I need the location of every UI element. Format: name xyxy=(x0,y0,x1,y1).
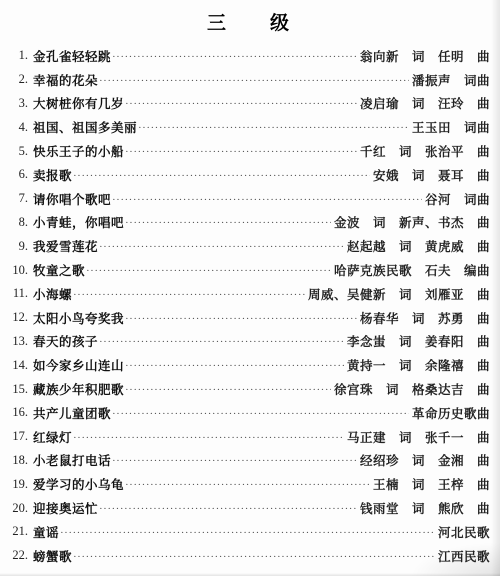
song-credit: 赵起越 词 黄虎威 曲 xyxy=(347,237,492,255)
song-row: 15. 藏族少年积肥歌 徐宫珠 词 格桑达吉 曲 xyxy=(6,377,492,401)
song-title: 小海螺 xyxy=(33,285,72,303)
dotted-leader xyxy=(99,239,344,253)
song-number: 5. xyxy=(6,144,33,159)
song-credit: 潘振声 词曲 xyxy=(412,71,492,89)
song-number: 4. xyxy=(6,120,33,135)
song-credit: 凌启瑜 词 汪玲 曲 xyxy=(360,94,492,112)
song-number: 19. xyxy=(6,477,33,492)
song-title: 共产儿童团歌 xyxy=(33,404,111,422)
song-row: 16. 共产儿童团歌 革命历史歌曲 xyxy=(6,401,492,425)
song-row: 6. 卖报歌 安娥 词 聂耳 曲 xyxy=(6,163,492,187)
dotted-leader xyxy=(99,334,344,348)
song-row: 13. 春天的孩子 李念蚩 词 姜春阳 曲 xyxy=(6,330,492,354)
song-number: 21. xyxy=(6,524,33,539)
song-row: 21. 童谣 河北民歌 xyxy=(6,520,492,544)
song-credit: 黄持一 词 余隆禧 曲 xyxy=(347,356,492,374)
song-credit: 哈萨克族民歌 石夫 编曲 xyxy=(334,261,492,279)
dotted-leader xyxy=(125,311,357,325)
song-credit: 马正建 词 张千一 曲 xyxy=(347,428,492,446)
song-credit: 革命历史歌曲 xyxy=(412,404,492,422)
song-number: 3. xyxy=(6,96,33,111)
dotted-leader xyxy=(125,144,357,158)
song-row: 12. 太阳小鸟夸奖我 杨春华 词 苏勇 曲 xyxy=(6,306,492,330)
song-row: 10. 牧童之歌 哈萨克族民歌 石夫 编曲 xyxy=(6,258,492,282)
song-credit: 经绍珍 词 金湘 曲 xyxy=(360,451,492,469)
song-title: 我爱雪莲花 xyxy=(33,237,98,255)
dotted-leader xyxy=(112,192,422,206)
song-title: 春天的孩子 xyxy=(33,332,98,350)
song-credit: 王楠 词 王梓 曲 xyxy=(373,475,492,493)
song-row: 2. 幸福的花朵 潘振声 词曲 xyxy=(6,68,492,92)
song-number: 16. xyxy=(6,405,33,420)
song-title: 牧童之歌 xyxy=(33,261,85,279)
dotted-leader xyxy=(125,215,331,229)
song-row: 11. 小海螺 周威、吴健新 词 刘雁亚 曲 xyxy=(6,282,492,306)
song-title: 藏族少年积肥歌 xyxy=(33,380,124,398)
dotted-leader xyxy=(99,73,409,87)
song-row: 19. 爱学习的小乌龟 王楠 词 王梓 曲 xyxy=(6,472,492,496)
song-row: 3. 大树桩你有几岁 凌启瑜 词 汪玲 曲 xyxy=(6,92,492,116)
song-number: 17. xyxy=(6,429,33,444)
song-title: 红绿灯 xyxy=(33,428,72,446)
song-number: 2. xyxy=(6,72,33,87)
dotted-leader xyxy=(73,287,305,301)
song-number: 20. xyxy=(6,501,33,516)
dotted-leader xyxy=(125,382,331,396)
song-number: 9. xyxy=(6,239,33,254)
song-row: 7. 请你唱个歌吧 谷河 词曲 xyxy=(6,187,492,211)
song-credit: 王玉田 词曲 xyxy=(412,118,492,136)
song-credit: 李念蚩 词 姜春阳 曲 xyxy=(347,332,492,350)
song-number: 12. xyxy=(6,310,33,325)
song-number: 6. xyxy=(6,167,33,182)
song-title: 太阳小鸟夸奖我 xyxy=(33,309,124,327)
dotted-leader xyxy=(99,501,357,515)
song-number: 10. xyxy=(6,263,33,278)
song-row: 18. 小老鼠打电话 经绍珍 词 金湘 曲 xyxy=(6,449,492,473)
song-credit: 千红 词 张治平 曲 xyxy=(360,142,492,160)
song-title: 螃蟹歌 xyxy=(33,547,72,565)
song-number: 14. xyxy=(6,358,33,373)
song-title: 小老鼠打电话 xyxy=(33,451,111,469)
song-title: 请你唱个歌吧 xyxy=(33,190,111,208)
song-credit: 钱雨堂 词 熊欣 曲 xyxy=(360,499,492,517)
song-row: 4. 祖国、祖国多美丽 王玉田 词曲 xyxy=(6,115,492,139)
song-list: 1. 金孔雀轻轻跳 翁向新 词 任明 曲 2. 幸福的花朵 潘振声 词曲 3. … xyxy=(6,44,492,568)
song-title: 小青蛙，你唱吧 xyxy=(33,213,124,231)
song-number: 15. xyxy=(6,382,33,397)
dotted-leader xyxy=(73,168,370,182)
song-number: 1. xyxy=(6,48,33,63)
dotted-leader xyxy=(125,477,370,491)
page-title: 三 级 xyxy=(6,8,492,35)
dotted-leader xyxy=(138,120,409,134)
dotted-leader xyxy=(112,453,357,467)
song-credit: 江西民歌 xyxy=(438,547,492,565)
song-row: 22. 螃蟹歌 江西民歌 xyxy=(6,544,492,568)
song-title: 童谣 xyxy=(33,523,59,541)
song-title: 爱学习的小乌龟 xyxy=(33,475,124,493)
song-credit: 翁向新 词 任明 曲 xyxy=(360,47,492,65)
song-title: 快乐王子的小船 xyxy=(33,142,124,160)
dotted-leader xyxy=(125,358,344,372)
dotted-leader xyxy=(73,430,344,444)
song-credit: 金波 词 新声、书杰 曲 xyxy=(334,213,492,231)
scan-shadow-right xyxy=(491,0,500,576)
song-number: 22. xyxy=(6,548,33,563)
song-title: 金孔雀轻轻跳 xyxy=(33,47,111,65)
dotted-leader xyxy=(60,525,435,539)
song-credit: 谷河 词曲 xyxy=(425,190,492,208)
song-credit: 周威、吴健新 词 刘雁亚 曲 xyxy=(308,285,492,303)
song-row: 20. 迎接奥运忙 钱雨堂 词 熊欣 曲 xyxy=(6,496,492,520)
dotted-leader xyxy=(125,96,357,110)
song-credit: 徐宫珠 词 格桑达吉 曲 xyxy=(334,380,492,398)
song-number: 11. xyxy=(6,286,33,301)
song-title: 迎接奥运忙 xyxy=(33,499,98,517)
song-title: 幸福的花朵 xyxy=(33,71,98,89)
song-number: 13. xyxy=(6,334,33,349)
song-row: 9. 我爱雪莲花 赵起越 词 黄虎威 曲 xyxy=(6,234,492,258)
song-row: 5. 快乐王子的小船 千红 词 张治平 曲 xyxy=(6,139,492,163)
song-number: 7. xyxy=(6,191,33,206)
song-row: 14. 如今家乡山连山 黄持一 词 余隆禧 曲 xyxy=(6,353,492,377)
dotted-leader xyxy=(73,549,435,563)
dotted-leader xyxy=(112,49,357,63)
song-row: 8. 小青蛙，你唱吧 金波 词 新声、书杰 曲 xyxy=(6,211,492,235)
dotted-leader xyxy=(86,263,331,277)
song-credit: 河北民歌 xyxy=(438,523,492,541)
song-number: 18. xyxy=(6,453,33,468)
scanned-songbook-page: 三 级 1. 金孔雀轻轻跳 翁向新 词 任明 曲 2. 幸福的花朵 潘振声 词曲… xyxy=(0,0,500,576)
dotted-leader xyxy=(112,406,409,420)
song-row: 17. 红绿灯 马正建 词 张千一 曲 xyxy=(6,425,492,449)
song-title: 祖国、祖国多美丽 xyxy=(33,118,137,136)
song-credit: 杨春华 词 苏勇 曲 xyxy=(360,309,492,327)
song-row: 1. 金孔雀轻轻跳 翁向新 词 任明 曲 xyxy=(6,44,492,68)
song-title: 卖报歌 xyxy=(33,166,72,184)
song-title: 如今家乡山连山 xyxy=(33,356,124,374)
song-title: 大树桩你有几岁 xyxy=(33,94,124,112)
song-credit: 安娥 词 聂耳 曲 xyxy=(373,166,492,184)
song-number: 8. xyxy=(6,215,33,230)
